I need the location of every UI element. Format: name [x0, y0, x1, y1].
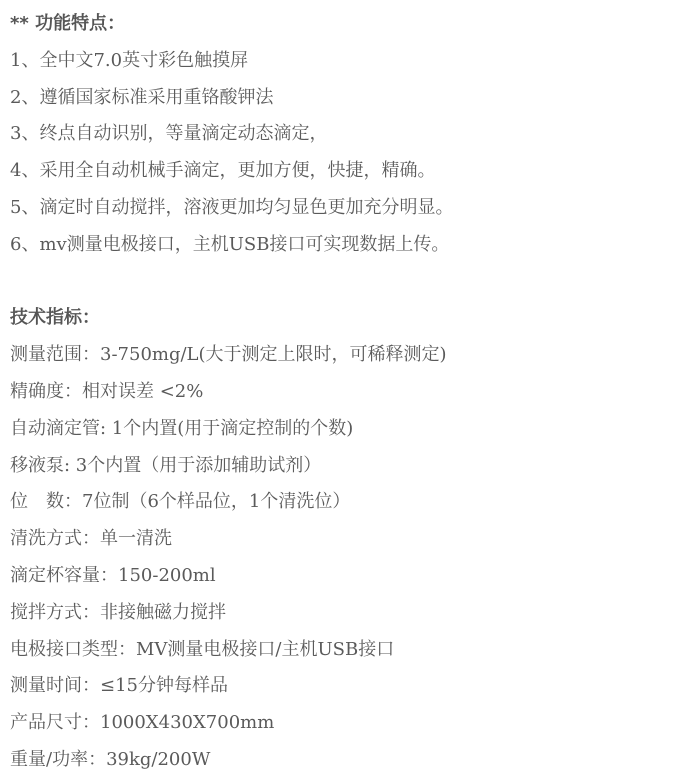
feature-item: 1、全中文7.0英寸彩色触摸屏	[10, 43, 695, 80]
spec-item: 重量/功率：39kg/200W	[10, 742, 695, 778]
specs-heading: 技术指标：	[10, 300, 695, 337]
spec-item: 自动滴定管: 1个内置(用于滴定控制的个数)	[10, 411, 695, 448]
spacer	[10, 264, 695, 301]
feature-item: 4、采用全自动机械手滴定，更加方便，快捷，精确。	[10, 153, 695, 190]
feature-item: 6、mv测量电极接口，主机USB接口可实现数据上传。	[10, 227, 695, 264]
spec-item: 测量时间：≤15分钟每样品	[10, 668, 695, 705]
spec-item: 搅拌方式：非接触磁力搅拌	[10, 595, 695, 632]
document-body: ** 功能特点： 1、全中文7.0英寸彩色触摸屏 2、遵循国家标准采用重铬酸钾法…	[10, 6, 695, 778]
feature-item: 2、遵循国家标准采用重铬酸钾法	[10, 80, 695, 117]
feature-item: 3、终点自动识别，等量滴定动态滴定，	[10, 116, 695, 153]
spec-item: 清洗方式：单一清洗	[10, 521, 695, 558]
spec-item: 精确度：相对误差 <2%	[10, 374, 695, 411]
spec-item: 产品尺寸：1000X430X700mm	[10, 705, 695, 742]
features-heading: ** 功能特点：	[10, 6, 695, 43]
spec-item: 测量范围：3-750mg/L(大于测定上限时，可稀释测定)	[10, 337, 695, 374]
spec-item: 移液泵: 3个内置（用于添加辅助试剂）	[10, 448, 695, 485]
spec-item: 滴定杯容量：150-200ml	[10, 558, 695, 595]
spec-item: 位 数：7位制（6个样品位，1个清洗位）	[10, 484, 695, 521]
spec-item: 电极接口类型：MV测量电极接口/主机USB接口	[10, 632, 695, 669]
feature-item: 5、滴定时自动搅拌，溶液更加均匀显色更加充分明显。	[10, 190, 695, 227]
